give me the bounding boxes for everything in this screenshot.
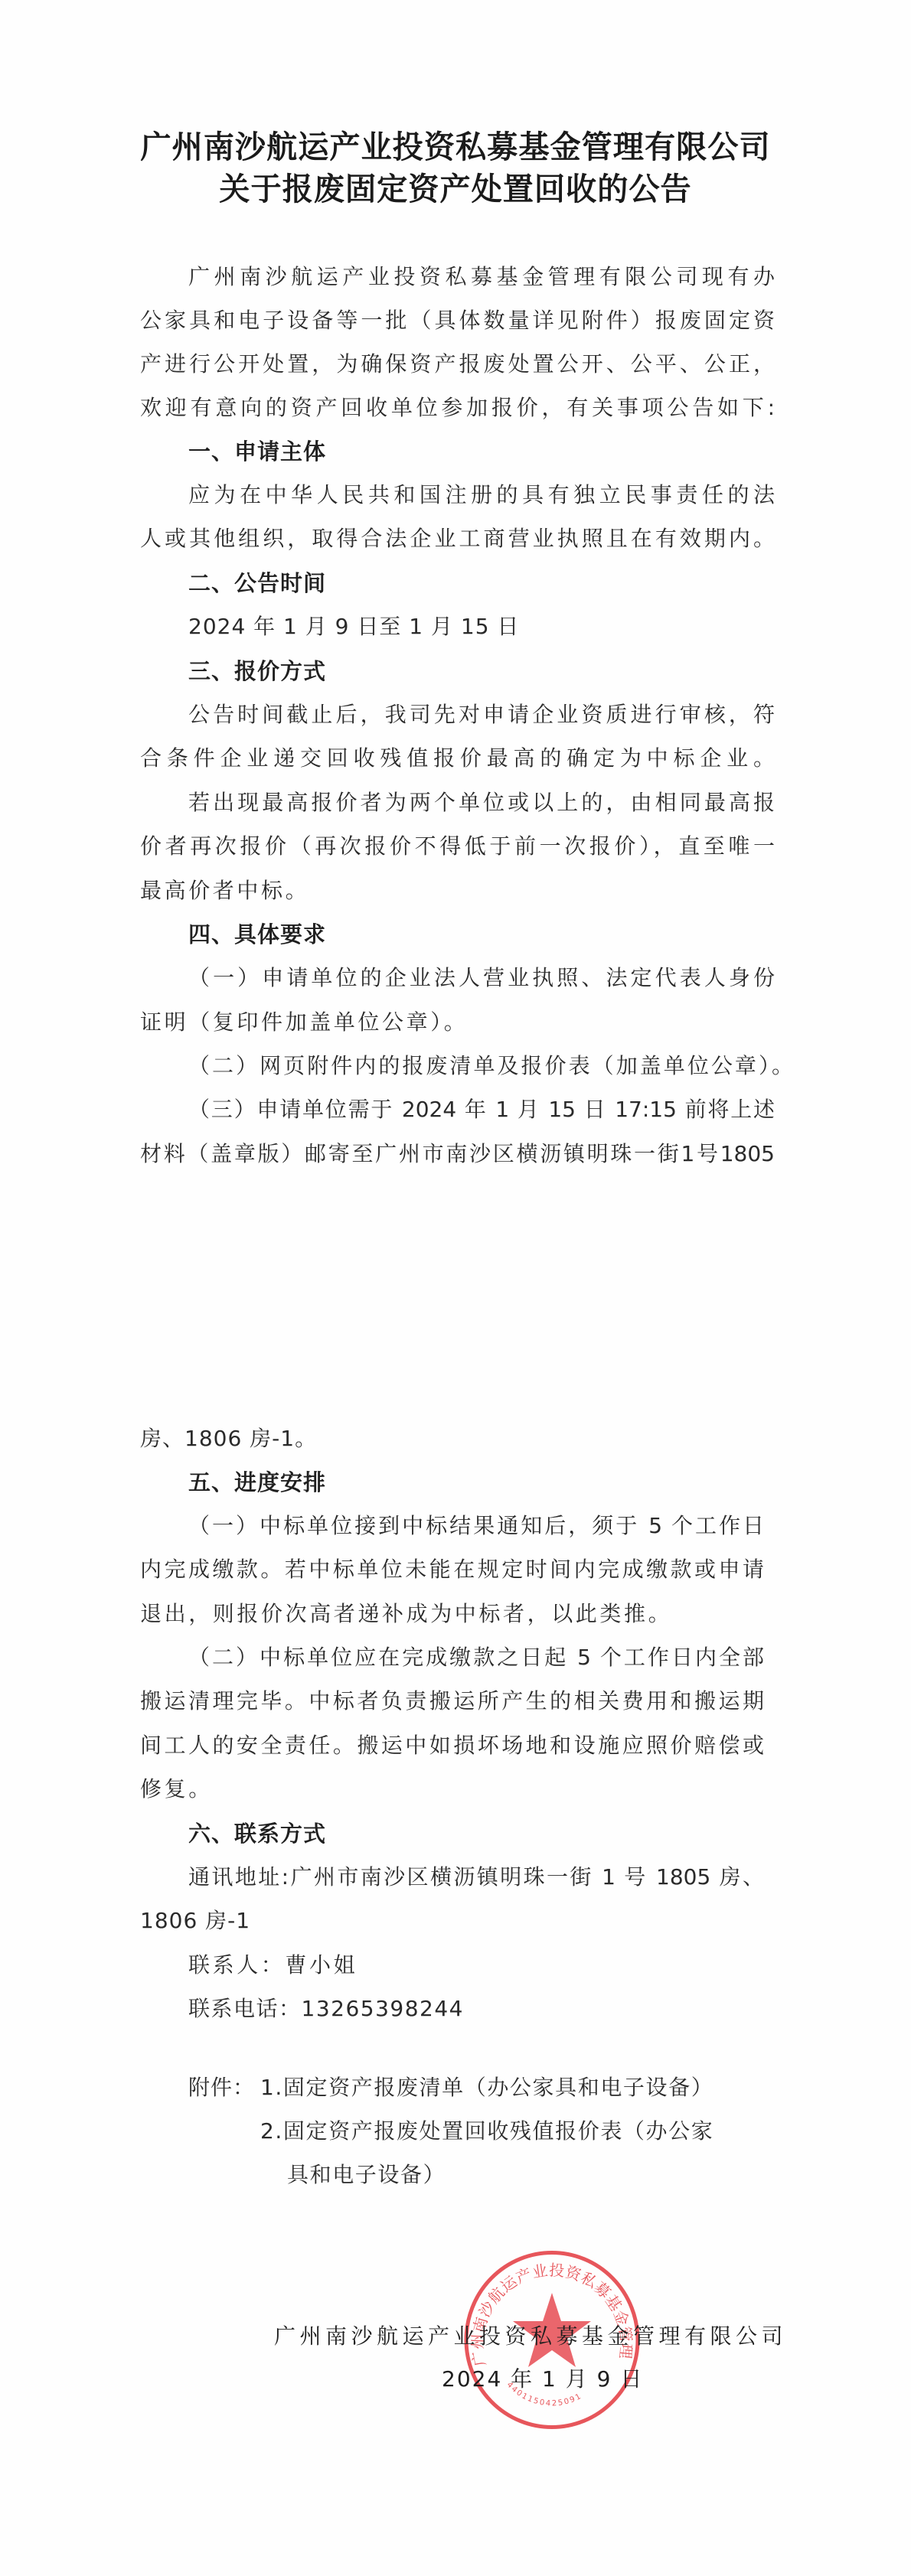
signature-date: 2024 年 1 月 9 日 xyxy=(442,2367,643,2392)
section-line: 应为在中华人民共和国注册的具有独立民事责任的法 xyxy=(188,483,775,507)
attachments-label: 附件： xyxy=(188,2075,255,2100)
intro-line: 广州南沙航运产业投资私募基金管理有限公司现有办 xyxy=(188,265,775,289)
section-line: 退出，则报价次高者递补成为中标者，以此类推。 xyxy=(140,1602,672,1626)
intro-line: 欢迎有意向的资产回收单位参加报价，有关事项公告如下: xyxy=(140,396,775,420)
section-line: （二）中标单位应在完成缴款之日起 5 个工作日内全部 xyxy=(188,1645,764,1670)
section-heading-contact: 六、联系方式 xyxy=(188,1821,326,1846)
contact-address-cont: 1806 房-1 xyxy=(140,1909,250,1933)
intro-line: 公家具和电子设备等一批（具体数量详见附件）报废固定资 xyxy=(140,308,775,333)
section-line: （三）申请单位需于 2024 年 1 月 15 日 17:15 前将上述 xyxy=(188,1097,775,1122)
contact-address: 通讯地址:广州市南沙区横沥镇明珠一街 1 号 1805 房、 xyxy=(188,1865,764,1890)
section-line: （二）网页附件内的报废清单及报价表（加盖单位公章）。 xyxy=(188,1054,793,1078)
section-line: 最高价者中标。 xyxy=(140,879,309,903)
title-line-1: 广州南沙航运产业投资私募基金管理有限公司 xyxy=(9,130,902,164)
section-line: 间工人的安全责任。搬运中如损坏场地和设施应照价赔偿或 xyxy=(140,1733,764,1758)
signature-company: 广州南沙航运产业投资私募基金管理有限公司 xyxy=(274,2324,787,2349)
section-line: 房、1806 房-1。 xyxy=(140,1427,317,1451)
section-line: 搬运清理完毕。中标者负责搬运所产生的相关费用和搬运期 xyxy=(140,1689,764,1714)
section-heading-quotation: 三、报价方式 xyxy=(188,659,326,683)
section-line: （一）申请单位的企业法人营业执照、法定代表人身份 xyxy=(188,966,775,990)
attachment-item-1[interactable]: 1.固定资产报废清单（办公家具和电子设备） xyxy=(260,2075,713,2100)
section-heading-notice-period: 二、公告时间 xyxy=(188,571,326,595)
section-line: 证明（复印件加盖单位公章）。 xyxy=(140,1010,468,1035)
document-page: 广州南沙航运产业投资私募基金管理有限公司 关于报废固定资产处置回收的公告 广州南… xyxy=(0,0,911,2576)
section-line: 价者再次报价（再次报价不得低于前一次报价），直至唯一 xyxy=(140,834,775,859)
attachment-item-2-cont[interactable]: 具和电子设备） xyxy=(287,2163,446,2187)
intro-line: 产进行公开处置，为确保资产报废处置公开、公平、公正， xyxy=(140,352,775,377)
section-line: 合条件企业递交回收残值报价最高的确定为中标企业。 xyxy=(140,746,775,771)
title-line-2: 关于报废固定资产处置回收的公告 xyxy=(9,172,902,206)
section-heading-applicant: 一、申请主体 xyxy=(188,439,326,464)
notice-period-dates: 2024 年 1 月 9 日至 1 月 15 日 xyxy=(188,615,519,639)
contact-person: 联系人：曹小姐 xyxy=(188,1953,358,1978)
section-heading-schedule: 五、进度安排 xyxy=(188,1470,326,1495)
section-line: 若出现最高报价者为两个单位或以上的，由相同最高报 xyxy=(188,791,775,815)
section-line: 材料（盖章版）邮寄至广州市南沙区横沥镇明珠一街1号1805 xyxy=(140,1142,775,1166)
section-line: 内完成缴款。若中标单位未能在规定时间内完成缴款或申请 xyxy=(140,1557,764,1582)
section-heading-requirements: 四、具体要求 xyxy=(188,922,326,947)
attachment-item-2[interactable]: 2.固定资产报废处置回收残值报价表（办公家 xyxy=(260,2119,713,2144)
contact-phone: 联系电话：13265398244 xyxy=(188,1997,464,2021)
section-line: 人或其他组织，取得合法企业工商营业执照且在有效期内。 xyxy=(140,527,775,551)
section-line: 修复。 xyxy=(140,1777,213,1802)
section-line: 公告时间截止后，我司先对申请企业资质进行审核，符 xyxy=(188,703,775,727)
svg-text:广州南沙航运产业投资私募基金管理有限公司: 广州南沙航运产业投资私募基金管理有限公司 xyxy=(463,2250,635,2368)
section-line: （一）中标单位接到中标结果通知后，须于 5 个工作日 xyxy=(188,1514,764,1538)
